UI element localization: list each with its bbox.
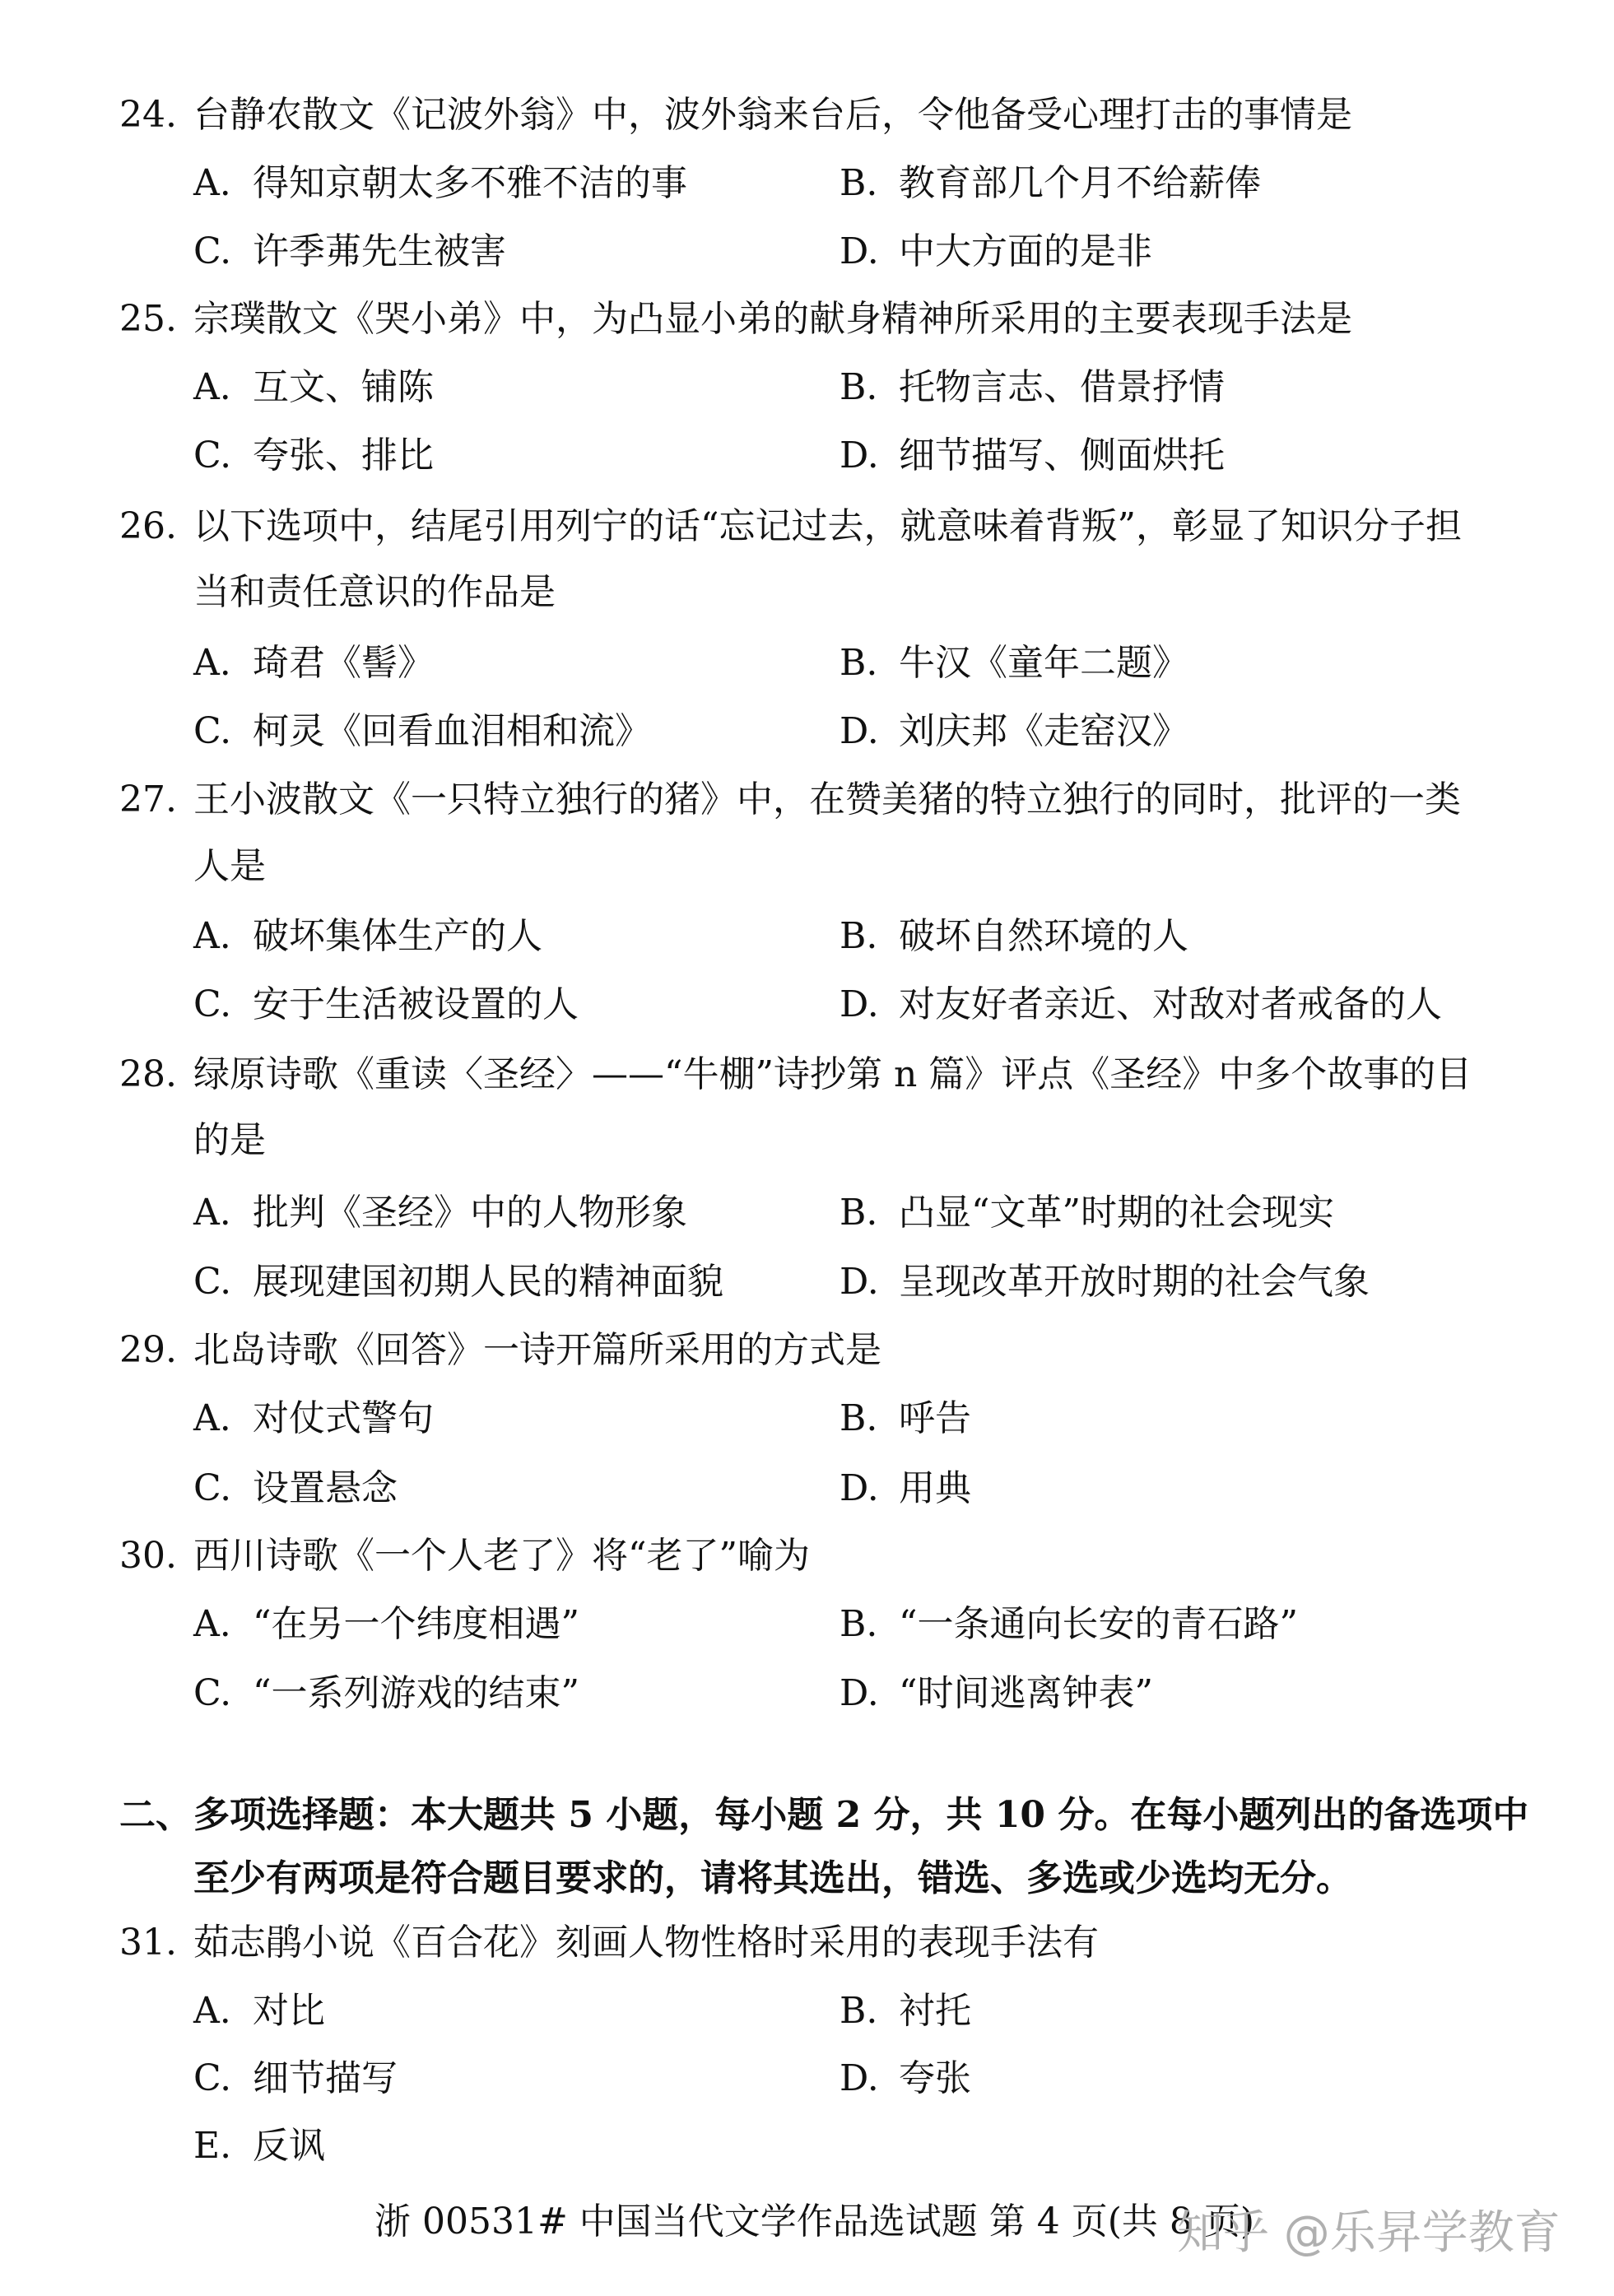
option-d: D.“时间逃离钟表” xyxy=(840,1671,1153,1717)
option-d: D.用典 xyxy=(840,1466,971,1512)
question-number: 30. xyxy=(119,1533,177,1579)
option-c: C.夸张、排比 xyxy=(193,433,434,479)
option-text: 牛汉《童年二题》 xyxy=(899,642,1188,684)
option-letter: A. xyxy=(193,913,253,960)
question-text: 王小波散文《一只特立独行的猪》中，在赞美猪的特立独行的同时，批评的一类 xyxy=(193,777,1461,823)
option-b: B.呼告 xyxy=(840,1396,971,1442)
question-text-cont: 当和责任意识的作品是 xyxy=(193,569,556,616)
option-c: C.细节描写 xyxy=(193,2056,398,2102)
option-text: 细节描写、侧面烘托 xyxy=(899,435,1225,476)
option-text: 呈现改革开放时期的社会气象 xyxy=(899,1261,1370,1303)
option-letter: E. xyxy=(193,2123,253,2169)
question-number: 26. xyxy=(119,504,177,550)
option-text: 柯灵《回看血泪相和流》 xyxy=(253,710,651,752)
option-text: 细节描写 xyxy=(253,2057,398,2099)
option-text: 夸张 xyxy=(899,2057,971,2099)
question-number: 31. xyxy=(119,1920,177,1966)
question-number: 25. xyxy=(119,296,177,342)
option-letter: A. xyxy=(193,640,253,686)
option-e: E.反讽 xyxy=(193,2123,325,2169)
option-text: 托物言志、借景抒情 xyxy=(899,366,1225,408)
option-text: 破坏自然环境的人 xyxy=(899,915,1188,957)
option-a: A.对仗式警句 xyxy=(193,1396,434,1442)
option-d: D.细节描写、侧面烘托 xyxy=(840,433,1225,479)
option-letter: B. xyxy=(840,1988,899,2034)
option-b: B.托物言志、借景抒情 xyxy=(840,365,1225,411)
option-text: “一系列游戏的结束” xyxy=(253,1672,579,1714)
option-letter: B. xyxy=(840,913,899,960)
option-c: C.设置悬念 xyxy=(193,1466,398,1512)
option-text: 夸张、排比 xyxy=(253,435,434,476)
option-text: 对比 xyxy=(253,1990,325,2032)
option-letter: D. xyxy=(840,1671,899,1717)
option-text: 琦君《髻》 xyxy=(253,642,434,684)
option-text: “时间逃离钟表” xyxy=(899,1672,1153,1714)
section-number: 二、 xyxy=(119,1792,192,1838)
option-letter: D. xyxy=(840,1259,899,1305)
option-letter: A. xyxy=(193,160,253,207)
option-d: D.刘庆邦《走窑汉》 xyxy=(840,709,1188,755)
option-text: 展现建国初期人民的精神面貌 xyxy=(253,1261,723,1303)
option-letter: A. xyxy=(193,365,253,411)
option-letter: D. xyxy=(840,2056,899,2102)
option-letter: D. xyxy=(840,709,899,755)
question-number: 28. xyxy=(119,1052,177,1098)
option-b: B.牛汉《童年二题》 xyxy=(840,640,1188,686)
option-letter: C. xyxy=(193,1259,253,1305)
option-text: 反讽 xyxy=(253,2125,325,2167)
option-d: D.对友好者亲近、对敌对者戒备的人 xyxy=(840,982,1442,1028)
option-c: C.展现建国初期人民的精神面貌 xyxy=(193,1259,723,1305)
option-c: C.安于生活被设置的人 xyxy=(193,982,579,1028)
question-text: 西川诗歌《一个人老了》将“老了”喻为 xyxy=(193,1533,810,1579)
page-footer: 浙 00531# 中国当代文学作品选试题 第 4 页(共 8 页) xyxy=(374,2199,1254,2245)
option-letter: C. xyxy=(193,982,253,1028)
option-letter: B. xyxy=(840,160,899,207)
option-text: 衬托 xyxy=(899,1990,971,2032)
option-text: 批判《圣经》中的人物形象 xyxy=(253,1192,687,1234)
option-d: D.夸张 xyxy=(840,2056,971,2102)
question-number: 29. xyxy=(119,1327,177,1373)
option-text: 中大方面的是非 xyxy=(899,230,1152,272)
option-letter: B. xyxy=(840,1190,899,1236)
option-letter: A. xyxy=(193,1601,253,1648)
question-text: 台静农散文《记波外翁》中，波外翁来台后，令他备受心理打击的事情是 xyxy=(193,92,1352,138)
option-b: B.教育部几个月不给薪俸 xyxy=(840,160,1261,207)
question-text: 茹志鹃小说《百合花》刻画人物性格时采用的表现手法有 xyxy=(193,1920,1099,1966)
option-text: 设置悬念 xyxy=(253,1467,398,1509)
option-letter: B. xyxy=(840,1396,899,1442)
option-letter: B. xyxy=(840,640,899,686)
option-a: A.琦君《髻》 xyxy=(193,640,434,686)
option-text: 用典 xyxy=(899,1467,971,1509)
option-a: A.得知京朝太多不雅不洁的事 xyxy=(193,160,687,207)
option-letter: A. xyxy=(193,1190,253,1236)
option-letter: B. xyxy=(840,365,899,411)
question-text: 北岛诗歌《回答》一诗开篇所采用的方式是 xyxy=(193,1327,881,1373)
option-d: D.中大方面的是非 xyxy=(840,229,1152,275)
option-text: “在另一个纬度相遇” xyxy=(253,1603,579,1645)
option-text: 凸显“文革”时期的社会现实 xyxy=(899,1192,1334,1234)
option-a: A.“在另一个纬度相遇” xyxy=(193,1601,579,1648)
option-text: 刘庆邦《走窑汉》 xyxy=(899,710,1188,752)
question-number: 24. xyxy=(119,92,177,138)
section-instructions-cont: 至少有两项是符合题目要求的，请将其选出，错选、多选或少选均无分。 xyxy=(193,1856,1352,1902)
option-letter: C. xyxy=(193,433,253,479)
question-text-cont: 的是 xyxy=(193,1118,266,1164)
question-text: 绿原诗歌《重读〈圣经〉——“牛棚”诗抄第 n 篇》评点《圣经》中多个故事的目 xyxy=(193,1052,1472,1098)
option-a: A.对比 xyxy=(193,1988,325,2034)
option-letter: C. xyxy=(193,1671,253,1717)
option-d: D.呈现改革开放时期的社会气象 xyxy=(840,1259,1370,1305)
option-text: 互文、铺陈 xyxy=(253,366,434,408)
option-letter: D. xyxy=(840,433,899,479)
option-c: C.“一系列游戏的结束” xyxy=(193,1671,579,1717)
section-instructions: 多项选择题：本大题共 5 小题，每小题 2 分，共 10 分。在每小题列出的备选… xyxy=(193,1792,1528,1838)
option-c: C.许季茀先生被害 xyxy=(193,229,506,275)
option-b: B.凸显“文革”时期的社会现实 xyxy=(840,1190,1334,1236)
question-text-cont: 人是 xyxy=(193,844,266,890)
option-letter: C. xyxy=(193,2056,253,2102)
option-text: 破坏集体生产的人 xyxy=(253,915,542,957)
question-text: 以下选项中，结尾引用列宁的话“忘记过去，就意味着背叛”，彰显了知识分子担 xyxy=(193,504,1462,550)
option-letter: D. xyxy=(840,982,899,1028)
option-text: 呼告 xyxy=(899,1397,971,1439)
option-b: B.破坏自然环境的人 xyxy=(840,913,1188,960)
option-letter: D. xyxy=(840,1466,899,1512)
option-letter: A. xyxy=(193,1988,253,2034)
watermark: 知乎 @乐昇学教育 xyxy=(1177,2207,1561,2260)
option-b: B.“一条通向长安的青石路” xyxy=(840,1601,1298,1648)
question-text: 宗璞散文《哭小弟》中，为凸显小弟的献身精神所采用的主要表现手法是 xyxy=(193,296,1352,342)
option-c: C.柯灵《回看血泪相和流》 xyxy=(193,709,651,755)
option-letter: C. xyxy=(193,709,253,755)
question-number: 27. xyxy=(119,777,177,823)
option-a: A.批判《圣经》中的人物形象 xyxy=(193,1190,687,1236)
option-letter: A. xyxy=(193,1396,253,1442)
option-a: A.互文、铺陈 xyxy=(193,365,434,411)
option-letter: C. xyxy=(193,1466,253,1512)
option-b: B.衬托 xyxy=(840,1988,971,2034)
option-letter: B. xyxy=(840,1601,899,1648)
option-text: “一条通向长安的青石路” xyxy=(899,1603,1298,1645)
option-text: 得知京朝太多不雅不洁的事 xyxy=(253,162,687,204)
option-text: 对友好者亲近、对敌对者戒备的人 xyxy=(899,983,1442,1025)
option-text: 安于生活被设置的人 xyxy=(253,983,579,1025)
option-a: A.破坏集体生产的人 xyxy=(193,913,542,960)
option-text: 许季茀先生被害 xyxy=(253,230,506,272)
option-text: 对仗式警句 xyxy=(253,1397,434,1439)
option-letter: C. xyxy=(193,229,253,275)
option-text: 教育部几个月不给薪俸 xyxy=(899,162,1261,204)
option-letter: D. xyxy=(840,229,899,275)
